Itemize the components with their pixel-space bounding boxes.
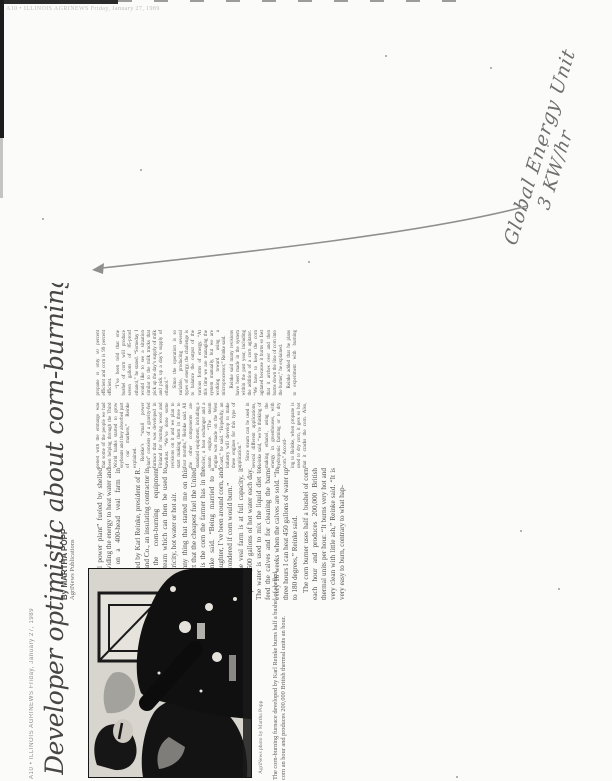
paragraph: Reinke’s “small power plant” consists of… bbox=[141, 403, 245, 469]
scan-speck bbox=[558, 588, 560, 590]
news-photo bbox=[88, 568, 252, 778]
paragraph: Since the operation is so variable, prod… bbox=[173, 330, 228, 396]
byline-organization: AgriNews Publications bbox=[69, 500, 76, 600]
paragraph: pened with the embargo was that some of … bbox=[96, 403, 139, 469]
scan-edge-top-dashes bbox=[118, 0, 470, 2]
masthead-impression: A10 • ILLINOIS AGRINEWS Friday, January … bbox=[6, 6, 186, 12]
byline: By MARTHA POPP bbox=[60, 500, 69, 600]
paragraph: Reinke said many revisions have been mad… bbox=[230, 330, 285, 396]
scan-speck bbox=[490, 67, 492, 69]
scan-speck bbox=[520, 530, 522, 532]
scan-speck bbox=[140, 169, 142, 171]
scan-edge-left-tail bbox=[0, 138, 3, 198]
paragraph: Since steam can be used in several diffe… bbox=[246, 403, 289, 469]
scan-edge-left-strip bbox=[0, 0, 4, 138]
handwritten-annotation: Global Energy Unit 3 KW/hr bbox=[500, 1, 612, 263]
photo-caption: The corn-burning furnace developed by Ka… bbox=[272, 572, 304, 780]
paragraph: The corn burner uses half a bushel of co… bbox=[302, 468, 347, 600]
scan-speck bbox=[385, 55, 387, 57]
scan-speck bbox=[42, 218, 44, 220]
photo-credit: AgriNews photo by Martha Popp bbox=[258, 604, 267, 774]
page-header-line: A10 • ILLINOIS AGRINEWS Friday, January … bbox=[29, 495, 38, 779]
article-body: By MARTHA POPP AgriNews Publications A “… bbox=[60, 330, 470, 780]
news-photo-image bbox=[89, 569, 251, 777]
scanned-newspaper-page: { "page": { "background": "#fbfbf9", "in… bbox=[0, 0, 612, 781]
paragraph: “I’ve been told that one bushel of corn … bbox=[116, 330, 171, 396]
article-body-columns: pened with the embargo was that some of … bbox=[96, 330, 310, 468]
scan-edge-top-bar bbox=[0, 0, 118, 4]
scan-speck bbox=[308, 261, 310, 263]
